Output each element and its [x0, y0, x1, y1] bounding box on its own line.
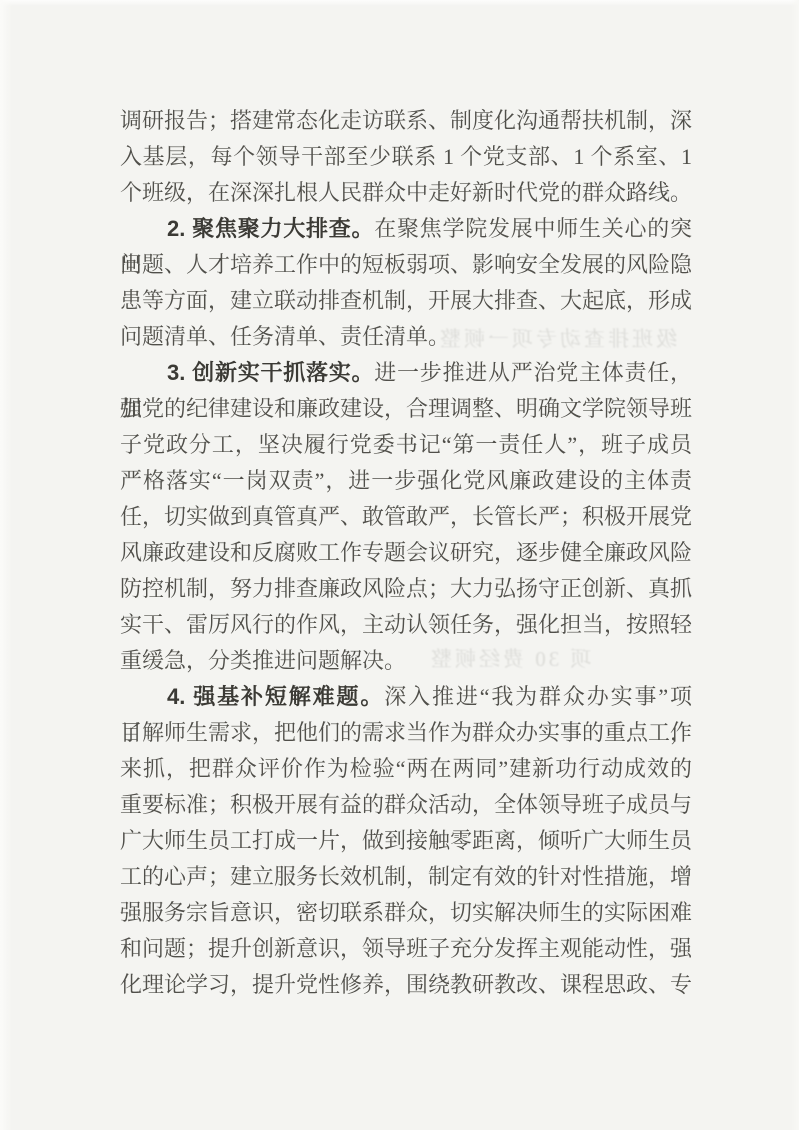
paragraph-heading: 3. 创新实干抓落实。 — [167, 360, 374, 385]
line-text: 实干、雷厉风行的作风，主动认领任务，强化担当，按照轻 — [120, 612, 692, 637]
text-line: 重缓急，分类推进问题解决。 — [120, 643, 692, 679]
text-line: 实干、雷厉风行的作风，主动认领任务，强化担当，按照轻 — [120, 607, 692, 643]
text-line: 问题清单、任务清单、责任清单。 — [120, 319, 692, 355]
text-line: 了解师生需求，把他们的需求当作为群众办实事的重点工作 — [120, 715, 692, 751]
text-line: 子党政分工，坚决履行党委书记“第一责任人”，班子成员 — [120, 427, 692, 463]
text-line: 调研报告；搭建常态化走访联系、制度化沟通帮扶机制，深 — [120, 103, 692, 139]
line-text: 化理论学习，提升党性修养，围绕教研教改、课程思政、专 — [120, 972, 692, 997]
line-text: 防控机制，努力排查廉政风险点；大力弘扬守正创新、真抓 — [120, 576, 692, 601]
line-text: 严格落实“一岗双责”，进一步强化党风廉政建设的主体责 — [120, 468, 692, 493]
line-text: 和问题；提升创新意识，领导班子充分发挥主观能动性，强 — [120, 936, 692, 961]
text-line: 任，切实做到真管真严、敢管敢严，长管长严；积极开展党 — [120, 499, 692, 535]
line-text: 问题、人才培养工作中的短板弱项、影响安全发展的风险隐 — [120, 252, 692, 277]
paragraph-heading: 4. 强基补短解难题。 — [167, 684, 384, 709]
paragraph-start-line: 3. 创新实干抓落实。进一步推进从严治党主体责任，加 — [120, 355, 692, 391]
line-text: 子党政分工，坚决履行党委书记“第一责任人”，班子成员 — [120, 432, 692, 457]
paragraph-heading: 2. 聚焦聚力大排查。 — [167, 216, 374, 241]
text-line: 强服务宗旨意识，密切联系群众，切实解决师生的实际困难 — [120, 895, 692, 931]
scan-edge-right — [791, 0, 799, 1130]
line-text: 来抓，把群众评价作为检验“两在两同”建新功行动成效的 — [120, 756, 692, 781]
text-line: 化理论学习，提升党性修养，围绕教研教改、课程思政、专 — [120, 967, 692, 1003]
line-text: 个班级，在深深扎根人民群众中走好新时代党的群众路线。 — [120, 180, 692, 205]
line-text: 强服务宗旨意识，密切联系群众，切实解决师生的实际困难 — [120, 900, 692, 925]
text-line: 严格落实“一岗双责”，进一步强化党风廉政建设的主体责 — [120, 463, 692, 499]
line-text: 了解师生需求，把他们的需求当作为群众办实事的重点工作 — [120, 720, 692, 745]
text-line: 重要标准；积极开展有益的群众活动，全体领导班子成员与 — [120, 787, 692, 823]
line-text: 广大师生员工打成一片，做到接触零距离，倾听广大师生员 — [120, 828, 692, 853]
scan-edge-top — [0, 0, 799, 6]
text-line: 来抓，把群众评价作为检验“两在两同”建新功行动成效的 — [120, 751, 692, 787]
line-text: 入基层，每个领导干部至少联系 1 个党支部、1 个系室、1 — [120, 144, 692, 169]
line-text: 强党的纪律建设和廉政建设，合理调整、明确文学院领导班 — [120, 396, 692, 421]
paragraph-start-line: 4. 强基补短解难题。深入推进“我为群众办实事”项目， — [120, 679, 692, 715]
document-text-block: 调研报告；搭建常态化走访联系、制度化沟通帮扶机制，深入基层，每个领导干部至少联系… — [120, 103, 692, 1003]
text-line: 防控机制，努力排查廉政风险点；大力弘扬守正创新、真抓 — [120, 571, 692, 607]
text-line: 入基层，每个领导干部至少联系 1 个党支部、1 个系室、1 — [120, 139, 692, 175]
text-line: 和问题；提升创新意识，领导班子充分发挥主观能动性，强 — [120, 931, 692, 967]
line-text: 重要标准；积极开展有益的群众活动，全体领导班子成员与 — [120, 792, 692, 817]
text-line: 风廉政建设和反腐败工作专题会议研究，逐步健全廉政风险 — [120, 535, 692, 571]
text-line: 个班级，在深深扎根人民群众中走好新时代党的群众路线。 — [120, 175, 692, 211]
line-text: 问题清单、任务清单、责任清单。 — [120, 324, 450, 349]
text-line: 广大师生员工打成一片，做到接触零距离，倾听广大师生员 — [120, 823, 692, 859]
paragraph-start-line: 2. 聚焦聚力大排查。在聚焦学院发展中师生关心的突出 — [120, 211, 692, 247]
line-text: 工的心声；建立服务长效机制，制定有效的针对性措施，增 — [120, 864, 692, 889]
text-line: 强党的纪律建设和廉政建设，合理调整、明确文学院领导班 — [120, 391, 692, 427]
line-text: 任，切实做到真管真严、敢管敢严，长管长严；积极开展党 — [120, 504, 692, 529]
line-text: 患等方面，建立联动排查机制，开展大排查、大起底，形成 — [120, 288, 692, 313]
text-line: 问题、人才培养工作中的短板弱项、影响安全发展的风险隐 — [120, 247, 692, 283]
line-text: 调研报告；搭建常态化走访联系、制度化沟通帮扶机制，深 — [120, 108, 692, 133]
scan-edge-left — [0, 0, 12, 1130]
scanned-document-page: 级班排查动专项一顿整项 30 费经顿整 调研报告；搭建常态化走访联系、制度化沟通… — [0, 0, 799, 1130]
line-text: 重缓急，分类推进问题解决。 — [120, 648, 406, 673]
text-line: 工的心声；建立服务长效机制，制定有效的针对性措施，增 — [120, 859, 692, 895]
text-line: 患等方面，建立联动排查机制，开展大排查、大起底，形成 — [120, 283, 692, 319]
line-text: 风廉政建设和反腐败工作专题会议研究，逐步健全廉政风险 — [120, 540, 692, 565]
